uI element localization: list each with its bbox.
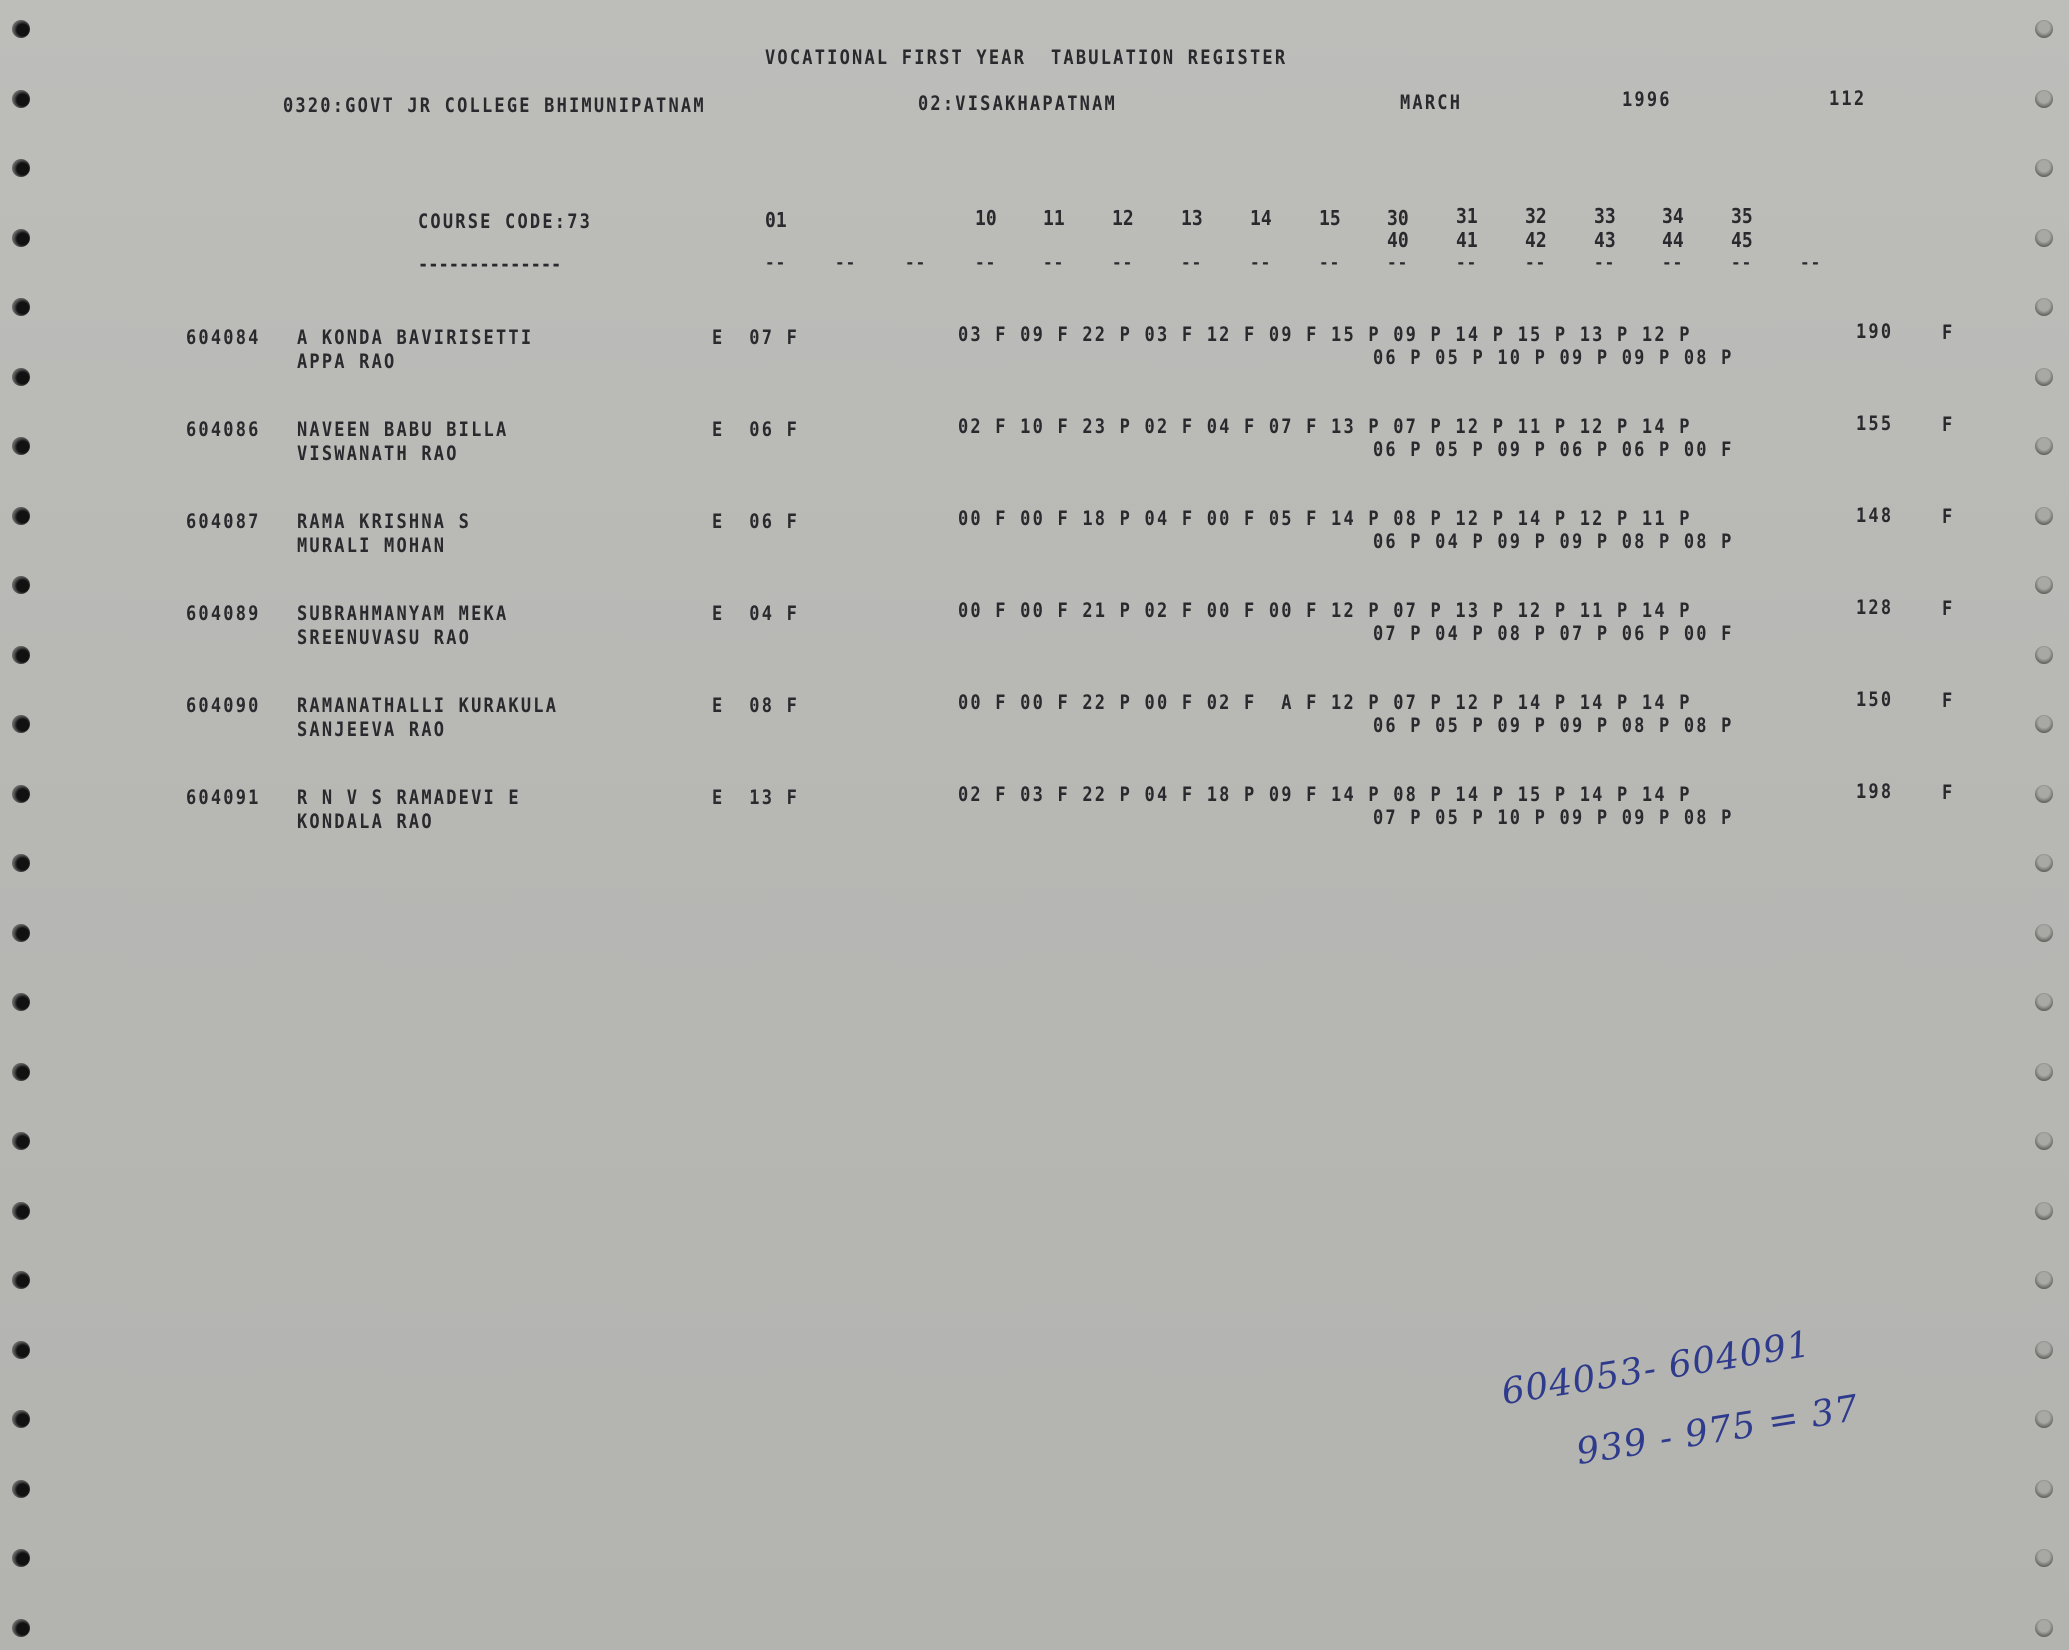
feed-hole-icon bbox=[12, 1341, 30, 1359]
column-divider: -- bbox=[765, 253, 786, 272]
column-divider: -- bbox=[975, 253, 996, 272]
subject-marks-row2: 06 P 05 P 09 P 09 P 08 P 08 P bbox=[1373, 715, 1734, 738]
feed-hole-icon bbox=[2035, 1410, 2053, 1428]
roll-number: 604087 bbox=[186, 511, 261, 534]
column-header: 45 bbox=[1731, 228, 1753, 252]
column-divider: -- bbox=[1525, 253, 1546, 272]
student-name: A KONDA BAVIRISETTI bbox=[297, 327, 533, 350]
subject-marks-row1: 00 F 00 F 21 P 02 F 00 F 00 F 12 P 07 P … bbox=[958, 600, 1692, 623]
feed-hole-icon bbox=[12, 1410, 30, 1428]
subject-marks-row2: 06 P 05 P 09 P 06 P 06 P 00 F bbox=[1373, 439, 1734, 462]
student-record: 604091 R N V S RAMADEVI E KONDALA RAO E … bbox=[0, 788, 2069, 848]
total-marks: 150 bbox=[1856, 689, 1893, 712]
column-header: 15 bbox=[1319, 206, 1341, 230]
column-header: 42 bbox=[1525, 228, 1547, 252]
handwritten-count: 939 - 975 = 37 bbox=[1574, 1388, 1862, 1473]
language-marks: E 07 F bbox=[712, 327, 799, 350]
feed-hole-icon bbox=[2035, 1549, 2053, 1567]
column-header: 12 bbox=[1112, 206, 1134, 230]
feed-hole-icon bbox=[12, 298, 30, 316]
column-header: 10 bbox=[975, 206, 997, 230]
column-divider: -- bbox=[1250, 253, 1271, 272]
column-header: 11 bbox=[1043, 206, 1065, 230]
handwritten-roll-range: 604053- 604091 bbox=[1499, 1324, 1814, 1413]
student-name: RAMANATHALLI KURAKULA bbox=[297, 695, 558, 718]
column-header: 14 bbox=[1250, 206, 1272, 230]
feed-hole-icon bbox=[2035, 159, 2053, 177]
column-header: 30 bbox=[1387, 206, 1409, 230]
column-divider: -- bbox=[1112, 253, 1133, 272]
feed-hole-icon bbox=[12, 1619, 30, 1637]
column-divider: -- bbox=[1456, 253, 1477, 272]
feed-hole-icon bbox=[12, 159, 30, 177]
subject-marks-row1: 02 F 10 F 23 P 02 F 04 F 07 F 13 P 07 P … bbox=[958, 416, 1692, 439]
column-divider: -- bbox=[1043, 253, 1064, 272]
feed-hole-icon bbox=[2035, 20, 2053, 38]
feed-hole-icon bbox=[2035, 1132, 2053, 1150]
father-name: SANJEEVA RAO bbox=[297, 719, 446, 742]
total-marks: 148 bbox=[1856, 505, 1893, 528]
column-divider: -- bbox=[1800, 253, 1821, 272]
total-marks: 198 bbox=[1856, 781, 1893, 804]
feed-hole-icon bbox=[2035, 1271, 2053, 1289]
subject-marks-row2: 07 P 05 P 10 P 09 P 09 P 08 P bbox=[1373, 807, 1734, 830]
column-header: 44 bbox=[1662, 228, 1684, 252]
feed-hole-icon bbox=[2035, 1202, 2053, 1220]
column-divider: -- bbox=[1319, 253, 1340, 272]
feed-hole-icon bbox=[2035, 1063, 2053, 1081]
father-name: KONDALA RAO bbox=[297, 811, 434, 834]
column-header: 32 bbox=[1525, 204, 1547, 228]
result: F bbox=[1942, 322, 1954, 345]
roll-number: 604090 bbox=[186, 695, 261, 718]
result: F bbox=[1942, 690, 1954, 713]
column-header: 34 bbox=[1662, 204, 1684, 228]
column-divider: -- bbox=[905, 253, 926, 272]
feed-hole-icon bbox=[2035, 1480, 2053, 1498]
subject-marks-row2: 07 P 04 P 08 P 07 P 06 P 00 F bbox=[1373, 623, 1734, 646]
student-name: RAMA KRISHNA S bbox=[297, 511, 471, 534]
father-name: VISWANATH RAO bbox=[297, 443, 459, 466]
subject-marks-row1: 00 F 00 F 22 P 00 F 02 F A F 12 P 07 P 1… bbox=[958, 692, 1692, 715]
exam-month: MARCH bbox=[1400, 92, 1462, 115]
result: F bbox=[1942, 598, 1954, 621]
column-divider: -- bbox=[1387, 253, 1408, 272]
feed-hole-icon bbox=[12, 854, 30, 872]
feed-hole-icon bbox=[12, 1271, 30, 1289]
column-divider: -- bbox=[1594, 253, 1615, 272]
father-name: MURALI MOHAN bbox=[297, 535, 446, 558]
feed-hole-icon bbox=[2035, 298, 2053, 316]
column-divider: -- bbox=[1731, 253, 1752, 272]
course-code: COURSE CODE:73 bbox=[418, 211, 592, 234]
student-name: NAVEEN BABU BILLA bbox=[297, 419, 508, 442]
roll-number: 604086 bbox=[186, 419, 261, 442]
feed-hole-icon bbox=[12, 20, 30, 38]
student-record: 604087 RAMA KRISHNA S MURALI MOHAN E 06 … bbox=[0, 512, 2069, 572]
feed-hole-icon bbox=[2035, 854, 2053, 872]
total-marks: 128 bbox=[1856, 597, 1893, 620]
feed-hole-icon bbox=[12, 924, 30, 942]
tabulation-sheet: VOCATIONAL FIRST YEAR TABULATION REGISTE… bbox=[0, 0, 2069, 1650]
student-record: 604084 A KONDA BAVIRISETTI APPA RAO E 07… bbox=[0, 328, 2069, 388]
college-name: 0320:GOVT JR COLLEGE BHIMUNIPATNAM bbox=[283, 95, 706, 118]
column-header: 43 bbox=[1594, 228, 1616, 252]
subject-marks-row2: 06 P 04 P 09 P 09 P 08 P 08 P bbox=[1373, 531, 1734, 554]
feed-hole-icon bbox=[2035, 993, 2053, 1011]
column-divider: -- bbox=[835, 253, 856, 272]
subject-marks-row1: 00 F 00 F 18 P 04 F 00 F 05 F 14 P 08 P … bbox=[958, 508, 1692, 531]
roll-number: 604091 bbox=[186, 787, 261, 810]
feed-hole-icon bbox=[12, 1549, 30, 1567]
result: F bbox=[1942, 782, 1954, 805]
student-name: SUBRAHMANYAM MEKA bbox=[297, 603, 508, 626]
feed-hole-icon bbox=[2035, 1341, 2053, 1359]
district-name: 02:VISAKHAPATNAM bbox=[918, 93, 1117, 116]
feed-hole-icon bbox=[12, 993, 30, 1011]
subject-marks-row2: 06 P 05 P 10 P 09 P 09 P 08 P bbox=[1373, 347, 1734, 370]
column-header: 35 bbox=[1731, 204, 1753, 228]
feed-hole-icon bbox=[12, 1063, 30, 1081]
course-underline: -------------- bbox=[418, 254, 561, 277]
language-marks: E 06 F bbox=[712, 511, 799, 534]
subject-marks-row1: 03 F 09 F 22 P 03 F 12 F 09 F 15 P 09 P … bbox=[958, 324, 1692, 347]
student-name: R N V S RAMADEVI E bbox=[297, 787, 521, 810]
feed-hole-icon bbox=[12, 90, 30, 108]
column-divider: -- bbox=[1662, 253, 1683, 272]
father-name: SREENUVASU RAO bbox=[297, 627, 471, 650]
student-record: 604089 SUBRAHMANYAM MEKA SREENUVASU RAO … bbox=[0, 604, 2069, 664]
language-marks: E 08 F bbox=[712, 695, 799, 718]
feed-hole-icon bbox=[2035, 924, 2053, 942]
language-marks: E 13 F bbox=[712, 787, 799, 810]
register-title: VOCATIONAL FIRST YEAR TABULATION REGISTE… bbox=[765, 47, 1287, 70]
feed-hole-icon bbox=[2035, 1619, 2053, 1637]
result: F bbox=[1942, 414, 1954, 437]
column-header: 33 bbox=[1594, 204, 1616, 228]
feed-hole-icon bbox=[12, 1132, 30, 1150]
total-marks: 155 bbox=[1856, 413, 1893, 436]
father-name: APPA RAO bbox=[297, 351, 396, 374]
column-header: 40 bbox=[1387, 228, 1409, 252]
student-record: 604086 NAVEEN BABU BILLA VISWANATH RAO E… bbox=[0, 420, 2069, 480]
roll-number: 604084 bbox=[186, 327, 261, 350]
column-header: 31 bbox=[1456, 204, 1478, 228]
subject-marks-row1: 02 F 03 F 22 P 04 F 18 P 09 F 14 P 08 P … bbox=[958, 784, 1692, 807]
column-divider: -- bbox=[1181, 253, 1202, 272]
feed-hole-icon bbox=[2035, 229, 2053, 247]
feed-hole-icon bbox=[12, 1202, 30, 1220]
feed-hole-icon bbox=[12, 576, 30, 594]
exam-year: 1996 bbox=[1622, 89, 1672, 112]
total-marks: 190 bbox=[1856, 321, 1893, 344]
feed-hole-icon bbox=[12, 229, 30, 247]
result: F bbox=[1942, 506, 1954, 529]
feed-hole-icon bbox=[2035, 576, 2053, 594]
feed-hole-icon bbox=[12, 1480, 30, 1498]
student-record: 604090 RAMANATHALLI KURAKULA SANJEEVA RA… bbox=[0, 696, 2069, 756]
feed-hole-icon bbox=[2035, 90, 2053, 108]
roll-number: 604089 bbox=[186, 603, 261, 626]
page-number: 112 bbox=[1829, 88, 1866, 111]
language-marks: E 06 F bbox=[712, 419, 799, 442]
column-header: 41 bbox=[1456, 228, 1478, 252]
language-marks: E 04 F bbox=[712, 603, 799, 626]
column-header: 01 bbox=[765, 208, 787, 232]
column-header: 13 bbox=[1181, 206, 1203, 230]
